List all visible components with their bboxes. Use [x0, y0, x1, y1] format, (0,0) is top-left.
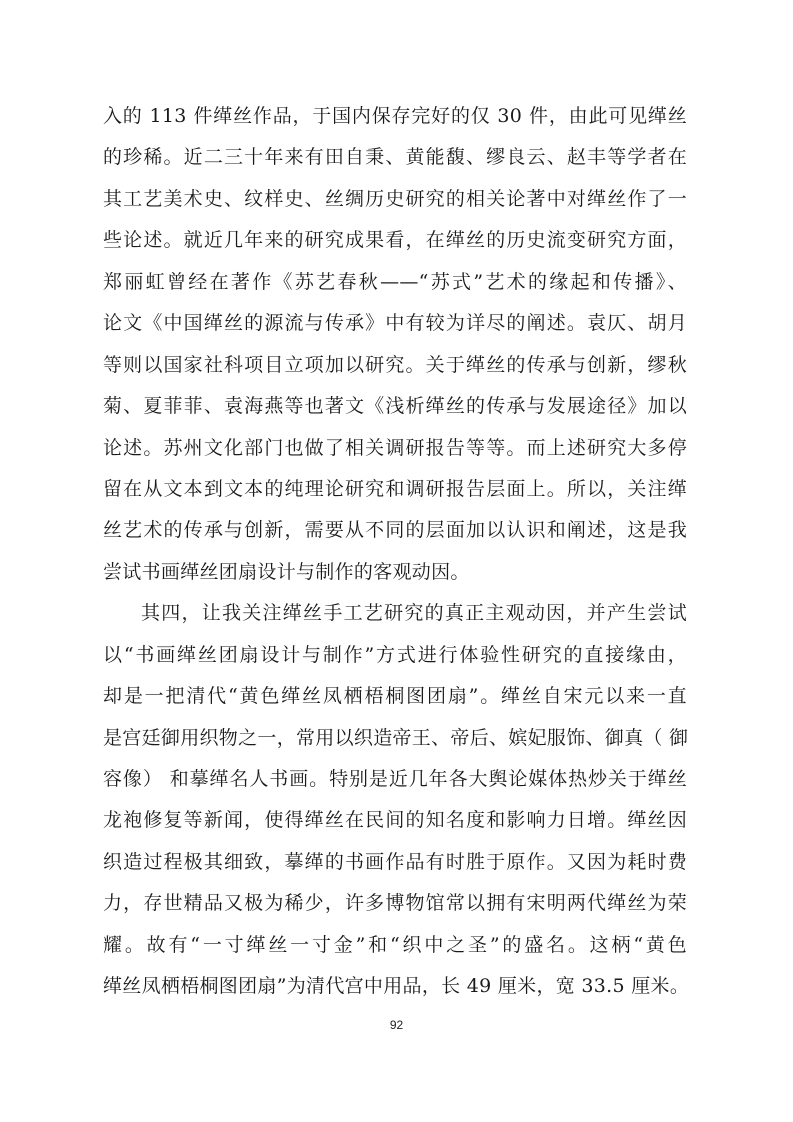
text-line: 缂丝凤栖梧桐图团扇”为清代宫中用品，长 49 厘米，宽 33.5 厘米。 [103, 966, 687, 1007]
text-line: 菊、夏菲菲、袁海燕等也著文《浅析缂丝的传承与发展途径》加以 [103, 386, 687, 427]
text-line: 论文《中国缂丝的源流与传承》中有较为详尽的阐述。袁仄、胡月 [103, 303, 687, 344]
text-line: 龙袍修复等新闻，使得缂丝在民间的知名度和影响力日增。缂丝因 [103, 800, 687, 841]
text-line: 留在从文本到文本的纯理论研究和调研报告层面上。所以，关注缂 [103, 469, 687, 510]
text-line: 织造过程极其细致，摹缂的书画作品有时胜于原作。又因为耗时费 [103, 842, 687, 883]
paragraph-2: 其四，让我关注缂丝手工艺研究的真正主观动因，并产生尝试 以“书画缂丝团扇设计与制… [103, 593, 687, 1007]
page-number: 92 [0, 1018, 793, 1032]
body-text: 入的 113 件缂丝作品，于国内保存完好的仅 30 件，由此可见缂丝 的珍稀。近… [103, 96, 687, 1008]
text-line: 些论述。就近几年来的研究成果看，在缂丝的历史流变研究方面， [103, 220, 687, 261]
text-line: 入的 113 件缂丝作品，于国内保存完好的仅 30 件，由此可见缂丝 [103, 96, 687, 137]
paragraph-1: 入的 113 件缂丝作品，于国内保存完好的仅 30 件，由此可见缂丝 的珍稀。近… [103, 96, 687, 593]
document-page: 入的 113 件缂丝作品，于国内保存完好的仅 30 件，由此可见缂丝 的珍稀。近… [0, 0, 793, 1122]
text-line: 其四，让我关注缂丝手工艺研究的真正主观动因，并产生尝试 [103, 593, 687, 634]
text-line: 力，存世精品又极为稀少，许多博物馆常以拥有宋明两代缂丝为荣 [103, 883, 687, 924]
text-line: 等则以国家社科项目立项加以研究。关于缂丝的传承与创新，缪秋 [103, 345, 687, 386]
text-line: 其工艺美术史、纹样史、丝绸历史研究的相关论著中对缂丝作了一 [103, 179, 687, 220]
text-line: 论述。苏州文化部门也做了相关调研报告等等。而上述研究大多停 [103, 428, 687, 469]
text-line: 却是一把清代“黄色缂丝凤栖梧桐图团扇”。缂丝自宋元以来一直 [103, 676, 687, 717]
text-line: 容像） 和摹缂名人书画。特别是近几年各大舆论媒体热炒关于缂丝 [103, 759, 687, 800]
text-line: 以“书画缂丝团扇设计与制作”方式进行体验性研究的直接缘由， [103, 635, 687, 676]
text-line: 的珍稀。近二三十年来有田自秉、黄能馥、缪良云、赵丰等学者在 [103, 137, 687, 178]
text-line: 耀。故有“一寸缂丝一寸金”和“织中之圣”的盛名。这柄“黄色 [103, 925, 687, 966]
text-line: 是宫廷御用织物之一，常用以织造帝王、帝后、嫔妃服饰、御真（ 御 [103, 718, 687, 759]
text-line: 郑丽虹曾经在著作《苏艺春秋——“苏式”艺术的缘起和传播》、 [103, 262, 687, 303]
text-line: 丝艺术的传承与创新，需要从不同的层面加以认识和阐述，这是我 [103, 510, 687, 551]
text-line: 尝试书画缂丝团扇设计与制作的客观动因。 [103, 552, 687, 593]
